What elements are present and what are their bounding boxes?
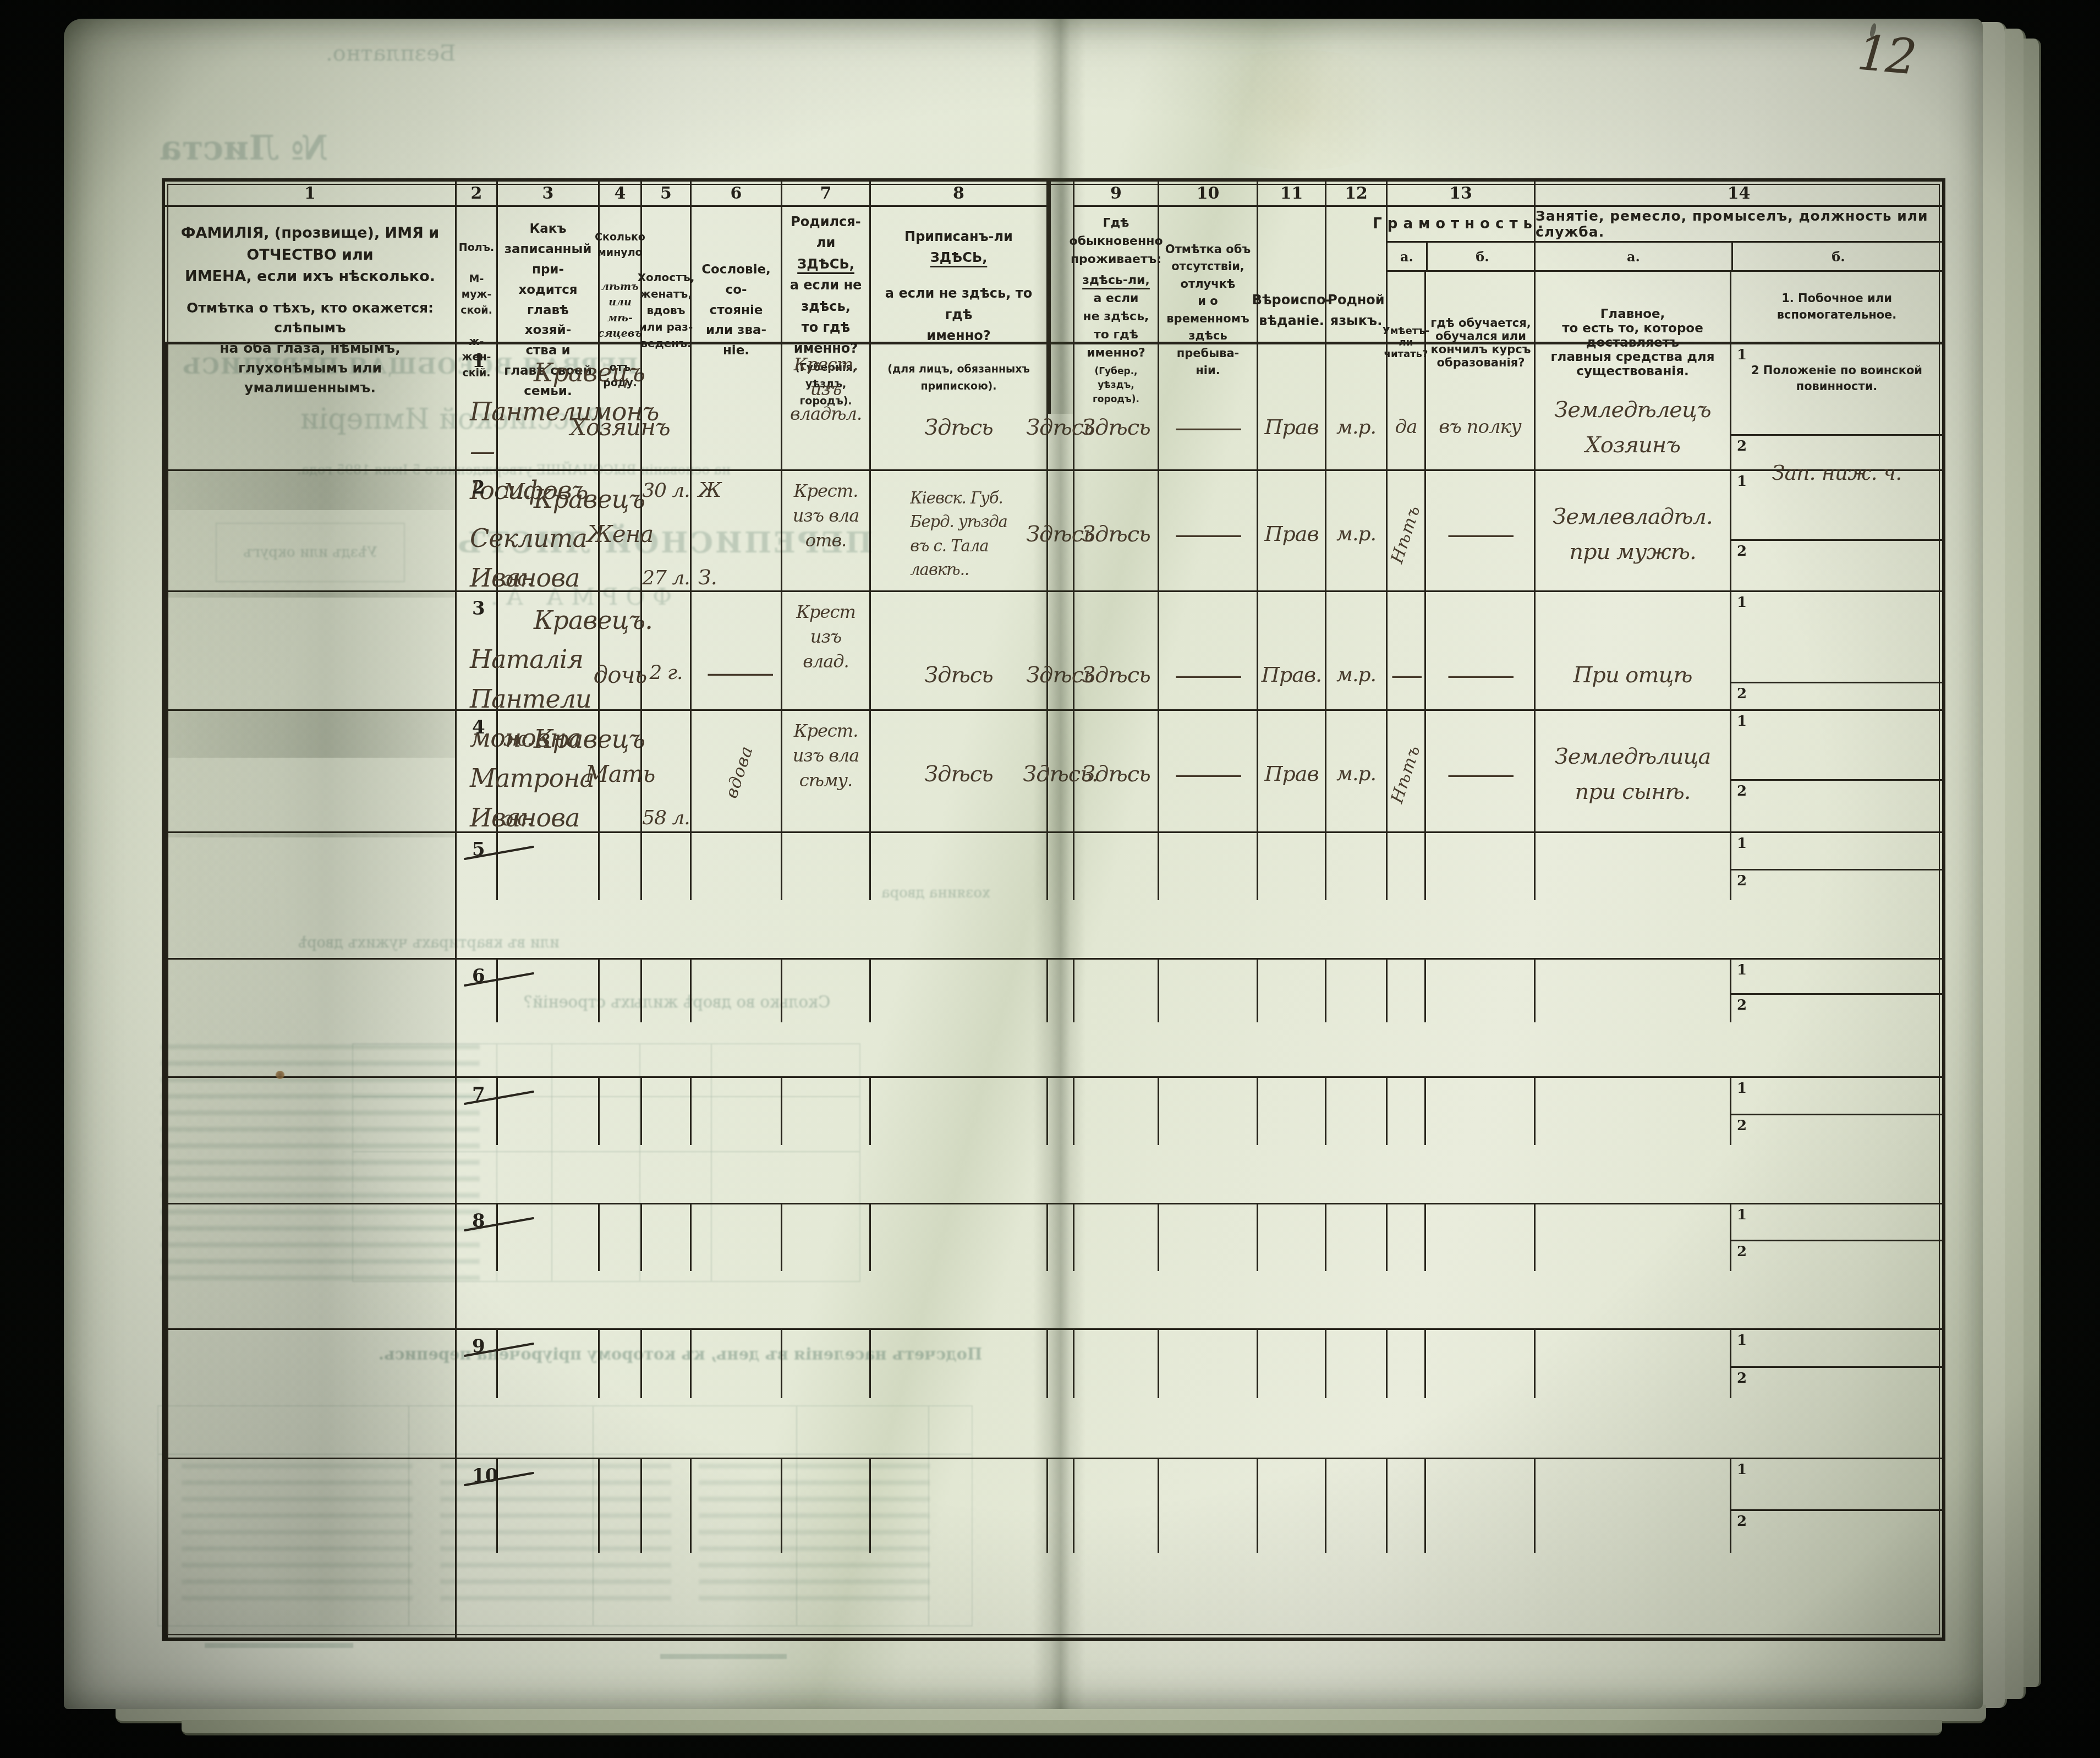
cell-name: 6 [457, 960, 498, 1022]
cell-absence [1159, 960, 1258, 1022]
cell-age [642, 833, 692, 900]
cell-marital [692, 1204, 782, 1271]
cell-marital [692, 1078, 782, 1145]
table-row: 2 Кравецъ Секлита Иванова ж. Жена 27 л. … [165, 471, 1942, 592]
cell-occupation-b: 1 2 [1731, 833, 1942, 900]
cell-age [642, 1330, 692, 1398]
cell-relation: Жена [600, 471, 642, 598]
cell-registered: Здѣсь [1048, 471, 1074, 598]
cell-name: 2 Кравецъ Секлита Иванова [457, 471, 498, 598]
header-literacy-a: а. [1388, 243, 1428, 270]
cell-sex: ж. [498, 471, 600, 598]
header-literacy-b: б. [1428, 243, 1537, 270]
header-occupation-a: а. [1536, 243, 1733, 270]
cell-estate [782, 960, 871, 1022]
cell-absence [1159, 833, 1258, 900]
cell-estate: Крест. изъ вла сѣму. [782, 711, 871, 837]
cell-marital [692, 833, 782, 900]
cell-occupation-b1: 1 [1731, 960, 1942, 995]
cell-relation [600, 1459, 642, 1553]
cell-estate [782, 1330, 871, 1398]
imprint-line [205, 1643, 353, 1650]
col-number: 7 [782, 182, 871, 207]
table-row: 7 1 2 [165, 1078, 1942, 1204]
cell-occupation-b: 1 2 [1731, 711, 1942, 837]
cell-absence [1159, 1330, 1258, 1398]
cell-age: 27 л. [642, 471, 692, 598]
header-occupation-title: Занятіе, ремесло, промыселъ, должность и… [1536, 207, 1942, 243]
cell-occupation-a: Землевладѣл. при мужѣ. [1536, 471, 1731, 598]
cell-language: м.р. [1326, 471, 1388, 598]
cell-occupation-a [1536, 833, 1731, 900]
cell-literacy-b: — [1426, 711, 1536, 837]
under-sheet-edge [2024, 39, 2041, 1687]
cell-age [642, 1459, 692, 1553]
cell-residence [1074, 1078, 1159, 1145]
cell-birthplace [871, 1330, 1048, 1398]
col-number: 13 [1388, 182, 1536, 207]
cell-absence [1159, 1204, 1258, 1271]
cell-language [1326, 833, 1388, 900]
cell-occupation-b2: 2 [1731, 1241, 1942, 1270]
cell-occupation-b2: 2 [1731, 1368, 1942, 1398]
row-number: 5 [472, 839, 485, 861]
under-sheet-edge [182, 1720, 1942, 1735]
cell-relation: Мать [600, 711, 642, 837]
cell-name: 9 [457, 1330, 498, 1398]
page-fold-strip [165, 960, 457, 1076]
cell-estate [782, 1078, 871, 1145]
table-row: 1 Кравецъ Пантелимонъ — Іосифовъ М. Хозя… [165, 344, 1942, 471]
cell-sex [498, 833, 600, 900]
cell-sex [498, 1459, 600, 1553]
page-fold-strip [165, 1078, 457, 1203]
cell-absence: — [1159, 711, 1258, 837]
cell-marital: вдова [692, 711, 782, 837]
cell-sex [498, 1078, 600, 1145]
cell-religion [1258, 1459, 1326, 1553]
cell-birthplace [871, 1204, 1048, 1271]
cell-relation [600, 1330, 642, 1398]
cell-occupation-b2: 2 [1731, 541, 1942, 598]
census-table: 1 2 3 4 5 6 7 8 9 10 11 12 13 14 ФАМИЛІЯ… [162, 178, 1945, 1641]
cell-registered [1048, 1078, 1074, 1145]
cell-literacy-b [1426, 960, 1536, 1022]
col-number: 3 [498, 182, 600, 207]
cell-residence [1074, 833, 1159, 900]
cell-literacy-b [1426, 833, 1536, 900]
ghost-text-list-no: № Листа [160, 128, 328, 168]
cell-occupation-b2: 2 [1731, 870, 1942, 900]
cell-relation [600, 960, 642, 1022]
table-row: 9 1 2 [165, 1330, 1942, 1459]
page-fold-strip [165, 1459, 457, 1637]
under-sheet-edge [1982, 22, 2007, 1708]
cell-name: 5 [457, 833, 498, 900]
cell-estate [782, 1204, 871, 1271]
cell-birthplace [871, 960, 1048, 1022]
cell-literacy-a [1388, 1078, 1426, 1145]
cell-registered [1048, 833, 1074, 900]
cell-sex: ж. [498, 711, 600, 837]
col-number: 11 [1258, 182, 1326, 207]
page-fold-strip [165, 1330, 457, 1458]
table-row: 10 1 2 [165, 1459, 1942, 1637]
cell-occupation-b: 1 2 [1731, 1330, 1942, 1398]
page-fold-strip [165, 471, 457, 598]
header-occupation-b1: 1. Побочное или вспомогательное. [1731, 272, 1942, 343]
col-number: 8 [871, 182, 1048, 207]
header-age-2: лѣтъ или мѣ- сяцевъ [598, 279, 642, 342]
col-number: 10 [1159, 182, 1258, 207]
cell-marital: З. [692, 471, 782, 598]
cell-literacy-a [1388, 833, 1426, 900]
table-header: 1 2 3 4 5 6 7 8 9 10 11 12 13 14 ФАМИЛІЯ… [165, 182, 1942, 344]
cell-occupation-b: 1 2 [1731, 1204, 1942, 1271]
cell-religion [1258, 1078, 1326, 1145]
cell-registered [1048, 1459, 1074, 1553]
row-number: 10 [472, 1465, 498, 1487]
cell-registered [1048, 1204, 1074, 1271]
under-sheet-edge [2005, 29, 2026, 1699]
cell-occupation-b1: 1 [1731, 1459, 1942, 1511]
paper-stain [1183, 50, 1414, 171]
cell-residence [1074, 960, 1159, 1022]
table-row: 6 1 2 [165, 960, 1942, 1078]
table-row: 4 Кравецъ Матрона Иванова ж. Мать 58 л. … [165, 711, 1942, 833]
col-number: 12 [1326, 182, 1388, 207]
cell-name: 8 [457, 1204, 498, 1271]
cell-literacy-a [1388, 960, 1426, 1022]
cell-occupation-b1: 1 [1731, 344, 1942, 436]
cell-marital [692, 960, 782, 1022]
header-names-main: ФАМИЛІЯ, (прозвище), ИМЯ и ОТЧЕСТВО или … [171, 222, 449, 287]
cell-residence: Здѣсь [1074, 471, 1159, 598]
row-number: 7 [472, 1083, 485, 1105]
cell-age: 58 л. [642, 711, 692, 837]
cell-birthplace: Здѣсь [871, 711, 1048, 837]
cell-language [1326, 1078, 1388, 1145]
page-fold-strip [165, 1204, 457, 1328]
cell-name: 4 Кравецъ Матрона Иванова [457, 711, 498, 837]
cell-literacy-b: — [1426, 471, 1536, 598]
cell-birthplace: Кіевск. Губ. Берд. уѣзда въ с. Тала лавк… [871, 471, 1048, 598]
header-occupation-b: б. [1733, 243, 1944, 270]
cell-marital [692, 1459, 782, 1553]
row-number: 2 [472, 477, 485, 499]
cell-registered [1048, 960, 1074, 1022]
col-number: 5 [642, 182, 692, 207]
cell-religion [1258, 833, 1326, 900]
cell-occupation-b1: 1 [1731, 1078, 1942, 1115]
cell-literacy-a [1388, 1204, 1426, 1271]
cell-occupation-b2: 2 [1731, 995, 1942, 1022]
cell-residence: Здѣсь [1074, 711, 1159, 837]
table-row: 3 Кравецъ. Наталія Пантели моновна ж. до… [165, 592, 1942, 711]
cell-estate [782, 833, 871, 900]
cell-occupation-a [1536, 960, 1731, 1022]
imprint-line [660, 1654, 787, 1660]
cell-religion [1258, 1204, 1326, 1271]
cell-name: 7 [457, 1078, 498, 1145]
col-number: 6 [692, 182, 782, 207]
cell-occupation-a [1536, 1204, 1731, 1271]
cell-occupation-b1: 1 [1731, 833, 1942, 870]
cell-marital [692, 1330, 782, 1398]
cell-language [1326, 960, 1388, 1022]
row-number: 9 [472, 1335, 485, 1357]
cell-occupation-a [1536, 1459, 1731, 1553]
cell-occupation-b1: 1 [1731, 471, 1942, 541]
cell-registered: Здѣсь. [1048, 711, 1074, 837]
cell-occupation-b2: 2 [1731, 1115, 1942, 1145]
col-number: 4 [600, 182, 642, 207]
cell-estate: Крест. изъ вла отв. [782, 471, 871, 598]
row-number: 8 [472, 1210, 485, 1232]
cell-absence: — [1159, 471, 1258, 598]
cell-sex [498, 960, 600, 1022]
cell-age [642, 960, 692, 1022]
cell-occupation-b: 1 2 [1731, 1459, 1942, 1553]
cell-residence [1074, 1459, 1159, 1553]
cell-religion: Прав [1258, 471, 1326, 598]
cell-age [642, 1204, 692, 1271]
cell-occupation-b: 1 2 [1731, 1078, 1942, 1145]
cell-birthplace [871, 833, 1048, 900]
cell-literacy-b [1426, 1459, 1536, 1553]
col-number: 1 [165, 182, 457, 207]
cell-birthplace [871, 1459, 1048, 1553]
cell-literacy-a [1388, 1330, 1426, 1398]
col-number: 2 [457, 182, 498, 207]
cell-absence [1159, 1459, 1258, 1553]
cell-language: м.р. [1326, 711, 1388, 837]
header-literacy-title: Грамотность. [1388, 207, 1534, 243]
cell-estate [782, 1459, 871, 1553]
row-number: 6 [472, 965, 485, 987]
table-row: 5 1 2 [165, 833, 1942, 960]
cell-occupation-b: 1 2 [1731, 471, 1942, 598]
cell-occupation-b1: 1 [1731, 711, 1942, 781]
cell-residence [1074, 1204, 1159, 1271]
cell-relation [600, 1078, 642, 1145]
cell-relation [600, 833, 642, 900]
cell-occupation-b1: 1 [1731, 592, 1942, 683]
cell-literacy-b [1426, 1078, 1536, 1145]
cell-name: 10 [457, 1459, 498, 1553]
cell-occupation-b2: 2 [1731, 781, 1942, 837]
cell-literacy-a: Нѣтъ [1388, 711, 1426, 837]
page-fold-strip [165, 833, 457, 958]
cell-occupation-a: Земледѣлица при сынѣ. [1536, 711, 1731, 837]
cell-birthplace [871, 1078, 1048, 1145]
col-number: 9 [1074, 182, 1159, 207]
ghost-text-besplatno: Безплатно. [326, 41, 456, 66]
cell-occupation-b: 1 2 [1731, 960, 1942, 1022]
cell-registered [1048, 1330, 1074, 1398]
cell-occupation-b1: 1 [1731, 1204, 1942, 1241]
row-number: 4 [472, 716, 485, 738]
row-number: 1 [472, 350, 485, 372]
cell-religion: Прав [1258, 711, 1326, 837]
cell-age [642, 1078, 692, 1145]
cell-language [1326, 1330, 1388, 1398]
cell-occupation-b2: 2 [1731, 1511, 1942, 1553]
cell-religion [1258, 960, 1326, 1022]
cell-sex [498, 1204, 600, 1271]
cell-sex [498, 1330, 600, 1398]
cell-occupation-a [1536, 1330, 1731, 1398]
table-row: 8 1 2 [165, 1204, 1942, 1330]
photo-stage: Безплатно. № Листа ПЕРВАЯ ВСЕОБЩАЯ ПЕРЕП… [0, 0, 2100, 1758]
cell-literacy-b [1426, 1330, 1536, 1398]
page-fold-strip [165, 711, 457, 837]
header-age-1: Сколько минуло [595, 229, 645, 261]
cell-absence [1159, 1078, 1258, 1145]
cell-literacy-b [1426, 1204, 1536, 1271]
page-number: 12 [1855, 24, 1917, 86]
col-number: 14 [1536, 182, 1942, 207]
cell-religion [1258, 1330, 1326, 1398]
cell-occupation-b1: 1 [1731, 1330, 1942, 1368]
cell-occupation-a [1536, 1078, 1731, 1145]
cell-literacy-a: Нѣтъ [1388, 471, 1426, 598]
ink-stain [275, 1071, 285, 1079]
cell-language [1326, 1459, 1388, 1553]
cell-literacy-a [1388, 1459, 1426, 1553]
cell-residence [1074, 1330, 1159, 1398]
cell-language [1326, 1204, 1388, 1271]
row-number: 3 [472, 598, 485, 620]
table-body: 1 Кравецъ Пантелимонъ — Іосифовъ М. Хозя… [165, 344, 1942, 1637]
cell-relation [600, 1204, 642, 1271]
